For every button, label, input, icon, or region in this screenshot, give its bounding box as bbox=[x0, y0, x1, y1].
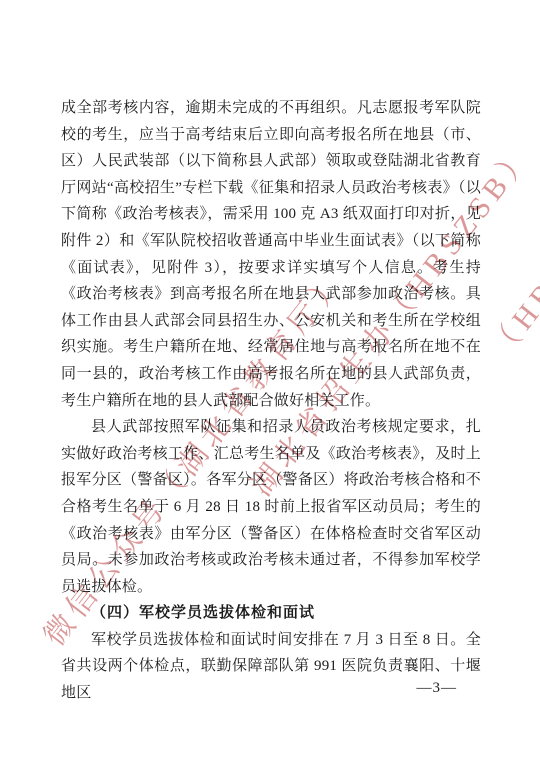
document-page: 成全部考核内容，逾期未完成的不再组织。凡志愿报考军队院校的考生，应当于高考结束后… bbox=[0, 0, 540, 763]
paragraph-political-assessment-procedure: 成全部考核内容，逾期未完成的不再组织。凡志愿报考军队院校的考生，应当于高考结束后… bbox=[61, 95, 481, 414]
paragraph-county-pafd-duties: 县人武部按照军队征集和招录人员政治考核规定要求，扎实做好政治考核工作、汇总考生名… bbox=[61, 414, 481, 600]
section-heading-physical-exam-interview: （四）军校学员选拔体检和面试 bbox=[61, 600, 481, 627]
document-body: 成全部考核内容，逾期未完成的不再组织。凡志愿报考军队院校的考生，应当于高考结束后… bbox=[61, 95, 481, 707]
watermark-line-corner-abbreviation: （HBSZSB） bbox=[477, 164, 540, 366]
page-number: —3— bbox=[417, 680, 458, 697]
